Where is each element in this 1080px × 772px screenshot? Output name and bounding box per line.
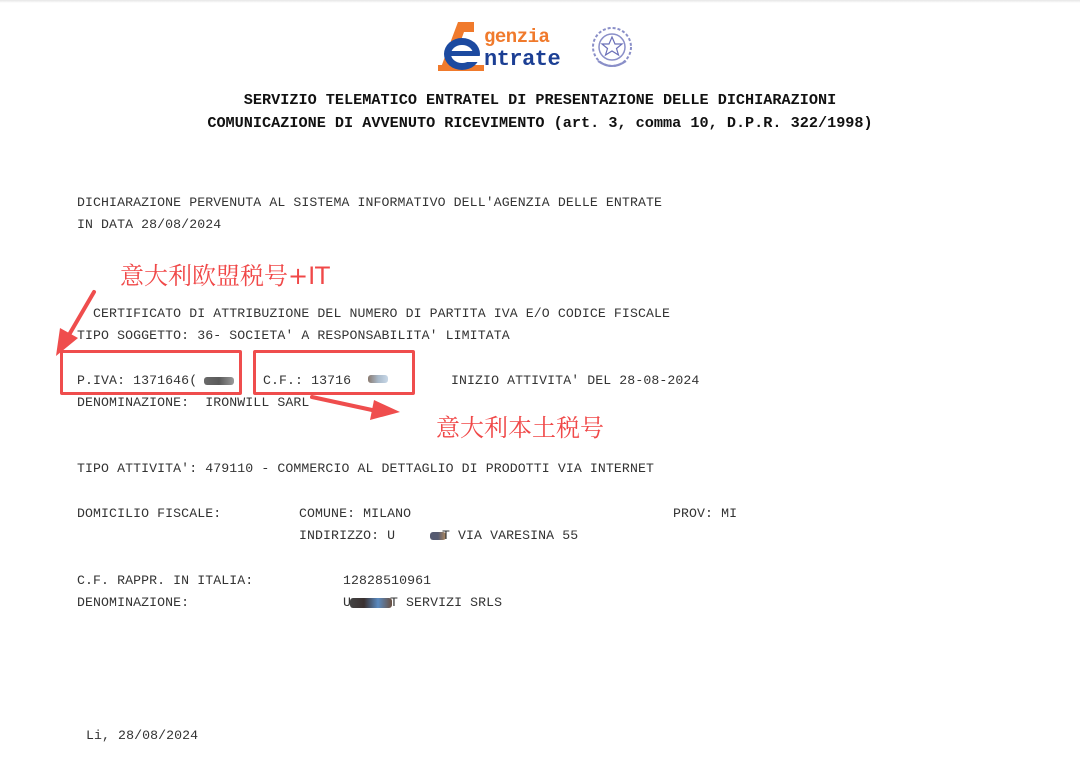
tipo-attivita: TIPO ATTIVITA': 479110 - COMMERCIO AL DE… bbox=[77, 461, 654, 476]
comune: COMUNE: MILANO bbox=[299, 506, 411, 521]
domicilio-label: DOMICILIO FISCALE: bbox=[77, 506, 221, 521]
arrow-to-local-label-icon bbox=[312, 397, 400, 420]
annotation-arrows bbox=[0, 0, 1080, 772]
place-date: Li, 28/08/2024 bbox=[86, 728, 198, 743]
provincia: PROV: MI bbox=[673, 506, 737, 521]
rappresentante-denominazione-suffix: T SERVIZI SRLS bbox=[390, 595, 502, 610]
cf-rappresentante-label: C.F. RAPPR. IN ITALIA: bbox=[77, 573, 253, 588]
arrow-to-piva-icon bbox=[56, 292, 94, 356]
indirizzo-suffix: T VIA VARESINA 55 bbox=[442, 528, 578, 543]
indirizzo-prefix: INDIRIZZO: U bbox=[299, 528, 395, 543]
rappresentante-denominazione-label: DENOMINAZIONE: bbox=[77, 595, 189, 610]
cf-rappresentante-value: 12828510961 bbox=[343, 573, 431, 588]
redacted-rappresentante bbox=[350, 598, 392, 608]
